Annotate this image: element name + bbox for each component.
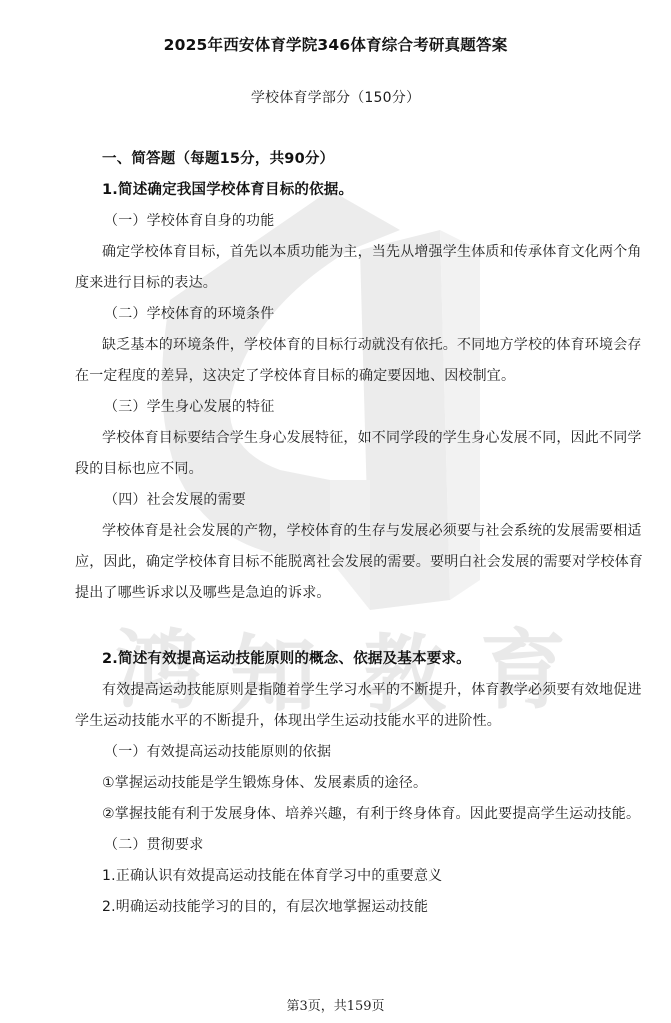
question-2-heading: 2.简述有效提高运动技能原则的概念、依据及基本要求。 — [102, 650, 471, 668]
q1-part-2-text-line-1: 缺乏基本的环境条件，学校体育的目标行动就没有依托。不同地方学校的体育环境会存 — [102, 336, 642, 354]
document-subtitle: 学校体育学部分（150分） — [0, 89, 671, 107]
q2-part-2-label: （二）贯彻要求 — [104, 836, 203, 854]
q2-part-2-item-1: 1.正确认识有效提高运动技能在体育学习中的重要意义 — [102, 867, 442, 885]
q1-part-3-text-line-2: 段的目标也应不同。 — [75, 460, 203, 478]
page-number-footer: 第3页，共159页 — [0, 995, 671, 1014]
q2-part-2-item-2: 2.明确运动技能学习的目的，有层次地掌握运动技能 — [102, 898, 428, 916]
q2-part-1-item-2: ②掌握技能有利于发展身体、培养兴趣，有利于终身体育。因此要提高学生运动技能。 — [102, 805, 640, 823]
q1-part-1-text-line-2: 度来进行目标的表达。 — [75, 274, 217, 292]
document-title: 2025年西安体育学院346体育综合考研真题答案 — [0, 36, 671, 54]
q1-part-3-text-line-1: 学校体育目标要结合学生身心发展特征，如不同学段的学生身心发展不同，因此不同学 — [102, 429, 642, 447]
q1-part-2-label: （二）学校体育的环境条件 — [104, 305, 274, 323]
q1-part-4-text-line-1: 学校体育是社会发展的产物，学校体育的生存与发展必须要与社会系统的发展需要相适 — [102, 522, 642, 540]
q2-intro-line-2: 学生运动技能水平的不断提升，体现出学生运动技能水平的进阶性。 — [75, 712, 501, 730]
document-page: 2025年西安体育学院346体育综合考研真题答案 学校体育学部分（150分） 一… — [0, 0, 671, 1023]
q1-part-2-text-line-2: 在一定程度的差异，这决定了学校体育目标的确定要因地、因校制宜。 — [75, 367, 515, 385]
q1-part-4-label: （四）社会发展的需要 — [104, 491, 246, 509]
q1-part-1-text-line-1: 确定学校体育目标，首先以本质功能为主，当先从增强学生体质和传承体育文化两个角 — [102, 243, 642, 261]
section-heading: 一、简答题（每题15分，共90分） — [102, 150, 334, 168]
q1-part-4-text-line-2: 应，因此，确定学校体育目标不能脱离社会发展的需要。要明白社会发展的需要对学校体育 — [75, 553, 643, 571]
q2-part-1-item-1: ①掌握运动技能是学生锻炼身体、发展素质的途径。 — [102, 774, 427, 792]
q2-part-1-label: （一）有效提高运动技能原则的依据 — [104, 743, 331, 761]
q1-part-3-label: （三）学生身心发展的特征 — [104, 398, 274, 416]
question-1-heading: 1.简述确定我国学校体育目标的依据。 — [102, 181, 353, 199]
q2-intro-line-1: 有效提高运动技能原则是指随着学生学习水平的不断提升，体育教学必须要有效地促进 — [102, 681, 642, 699]
q1-part-4-text-line-3: 提出了哪些诉求以及哪些是急迫的诉求。 — [75, 584, 331, 602]
q1-part-1-label: （一）学校体育自身的功能 — [104, 212, 274, 230]
